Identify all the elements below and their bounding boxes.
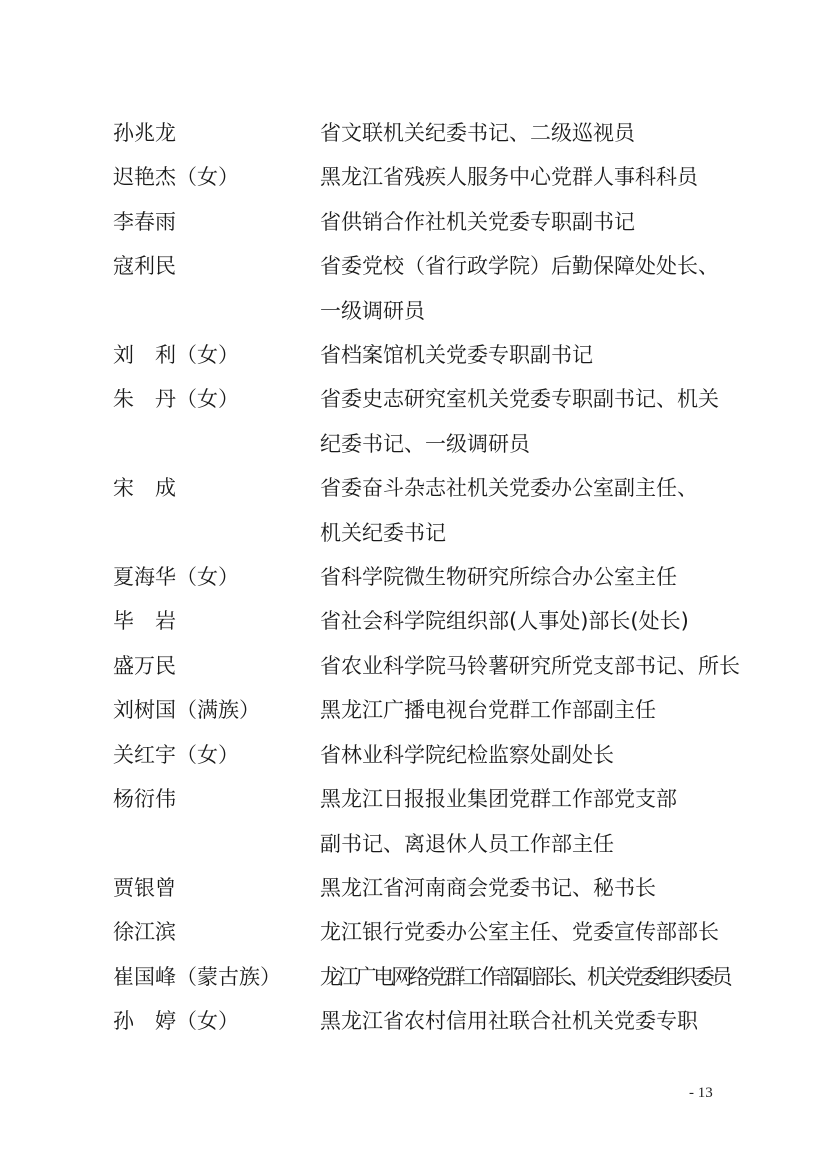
list-item: 关红宇（女） 省林业科学院纪检监察处副处长 — [113, 733, 723, 777]
list-item: 杨衍伟 黑龙江日报报业集团党群工作部党支部 副书记、离退休人员工作部主任 — [113, 777, 723, 866]
page-number: - 13 — [689, 1085, 713, 1102]
person-name: 盛万民 — [113, 644, 320, 688]
position-line: 省林业科学院纪检监察处副处长 — [320, 733, 723, 777]
list-item: 孙 婷（女） 黑龙江省农村信用社联合社机关党委专职 — [113, 999, 723, 1043]
position-line: 黑龙江省农村信用社联合社机关党委专职 — [320, 999, 723, 1043]
person-position: 省档案馆机关党委专职副书记 — [320, 333, 723, 377]
person-name: 崔国峰（蒙古族） — [113, 955, 320, 999]
position-line: 黑龙江省河南商会党委书记、秘书长 — [320, 866, 723, 910]
person-position: 省文联机关纪委书记、二级巡视员 — [320, 111, 723, 155]
position-line: 机关纪委书记 — [320, 511, 723, 555]
person-position: 黑龙江省残疾人服务中心党群人事科科员 — [320, 155, 723, 199]
person-position: 省林业科学院纪检监察处副处长 — [320, 733, 723, 777]
person-position: 省供销合作社机关党委专职副书记 — [320, 200, 723, 244]
position-line: 省科学院微生物研究所综合办公室主任 — [320, 555, 723, 599]
person-name: 毕 岩 — [113, 599, 320, 643]
position-line: 一级调研员 — [320, 289, 723, 333]
list-item: 寇利民 省委党校（省行政学院）后勤保障处处长、 一级调研员 — [113, 244, 723, 333]
position-line: 副书记、离退休人员工作部主任 — [320, 822, 723, 866]
list-item: 宋 成 省委奋斗杂志社机关党委办公室副主任、 机关纪委书记 — [113, 466, 723, 555]
position-line: 省委奋斗杂志社机关党委办公室副主任、 — [320, 466, 723, 510]
person-name: 贾银曾 — [113, 866, 320, 910]
list-item: 孙兆龙 省文联机关纪委书记、二级巡视员 — [113, 111, 723, 155]
position-line: 省社会科学院组织部(人事处)部长(处长) — [320, 599, 723, 643]
person-position: 龙江广电网络党群工作部副部长、机关党委组织委员 — [320, 955, 729, 999]
position-line: 省委党校（省行政学院）后勤保障处处长、 — [320, 244, 723, 288]
person-name: 孙兆龙 — [113, 111, 320, 155]
person-name: 刘 利（女） — [113, 333, 320, 377]
list-item: 毕 岩 省社会科学院组织部(人事处)部长(处长) — [113, 599, 723, 643]
position-line: 省文联机关纪委书记、二级巡视员 — [320, 111, 723, 155]
position-line: 黑龙江日报报业集团党群工作部党支部 — [320, 777, 723, 821]
person-name: 杨衍伟 — [113, 777, 320, 821]
list-item: 刘树国（满族） 黑龙江广播电视台党群工作部副主任 — [113, 688, 723, 732]
person-name: 寇利民 — [113, 244, 320, 288]
person-position: 黑龙江日报报业集团党群工作部党支部 副书记、离退休人员工作部主任 — [320, 777, 723, 866]
list-item: 盛万民 省农业科学院马铃薯研究所党支部书记、所长 — [113, 644, 723, 688]
list-item: 迟艳杰（女） 黑龙江省残疾人服务中心党群人事科科员 — [113, 155, 723, 199]
person-name: 关红宇（女） — [113, 733, 320, 777]
list-item: 刘 利（女） 省档案馆机关党委专职副书记 — [113, 333, 723, 377]
person-position: 黑龙江省农村信用社联合社机关党委专职 — [320, 999, 723, 1043]
person-position: 黑龙江广播电视台党群工作部副主任 — [320, 688, 723, 732]
list-item: 贾银曾 黑龙江省河南商会党委书记、秘书长 — [113, 866, 723, 910]
person-name: 夏海华（女） — [113, 555, 320, 599]
position-line: 黑龙江广播电视台党群工作部副主任 — [320, 688, 723, 732]
person-position: 省委奋斗杂志社机关党委办公室副主任、 机关纪委书记 — [320, 466, 723, 555]
person-position: 省农业科学院马铃薯研究所党支部书记、所长 — [320, 644, 740, 688]
position-line: 省供销合作社机关党委专职副书记 — [320, 200, 723, 244]
position-line: 黑龙江省残疾人服务中心党群人事科科员 — [320, 155, 723, 199]
person-name: 李春雨 — [113, 200, 320, 244]
position-line: 省农业科学院马铃薯研究所党支部书记、所长 — [320, 644, 740, 688]
person-position: 黑龙江省河南商会党委书记、秘书长 — [320, 866, 723, 910]
list-item: 夏海华（女） 省科学院微生物研究所综合办公室主任 — [113, 555, 723, 599]
person-name: 朱 丹（女） — [113, 377, 320, 421]
document-page: 孙兆龙 省文联机关纪委书记、二级巡视员 迟艳杰（女） 黑龙江省残疾人服务中心党群… — [0, 0, 828, 1170]
person-name: 孙 婷（女） — [113, 999, 320, 1043]
list-item: 朱 丹（女） 省委史志研究室机关党委专职副书记、机关 纪委书记、一级调研员 — [113, 377, 723, 466]
personnel-list: 孙兆龙 省文联机关纪委书记、二级巡视员 迟艳杰（女） 黑龙江省残疾人服务中心党群… — [113, 111, 723, 1044]
person-name: 迟艳杰（女） — [113, 155, 320, 199]
list-item: 徐江滨 龙江银行党委办公室主任、党委宣传部部长 — [113, 910, 723, 954]
person-position: 龙江银行党委办公室主任、党委宣传部部长 — [320, 910, 723, 954]
position-line: 纪委书记、一级调研员 — [320, 422, 723, 466]
person-name: 徐江滨 — [113, 910, 320, 954]
person-position: 省科学院微生物研究所综合办公室主任 — [320, 555, 723, 599]
position-line: 省委史志研究室机关党委专职副书记、机关 — [320, 377, 723, 421]
person-position: 省委史志研究室机关党委专职副书记、机关 纪委书记、一级调研员 — [320, 377, 723, 466]
position-line: 龙江广电网络党群工作部副部长、机关党委组织委员 — [320, 955, 729, 999]
list-item: 李春雨 省供销合作社机关党委专职副书记 — [113, 200, 723, 244]
person-name: 刘树国（满族） — [113, 688, 320, 732]
position-line: 省档案馆机关党委专职副书记 — [320, 333, 723, 377]
person-position: 省委党校（省行政学院）后勤保障处处长、 一级调研员 — [320, 244, 723, 333]
position-line: 龙江银行党委办公室主任、党委宣传部部长 — [320, 910, 723, 954]
person-name: 宋 成 — [113, 466, 320, 510]
list-item: 崔国峰（蒙古族） 龙江广电网络党群工作部副部长、机关党委组织委员 — [113, 955, 723, 999]
person-position: 省社会科学院组织部(人事处)部长(处长) — [320, 599, 723, 643]
